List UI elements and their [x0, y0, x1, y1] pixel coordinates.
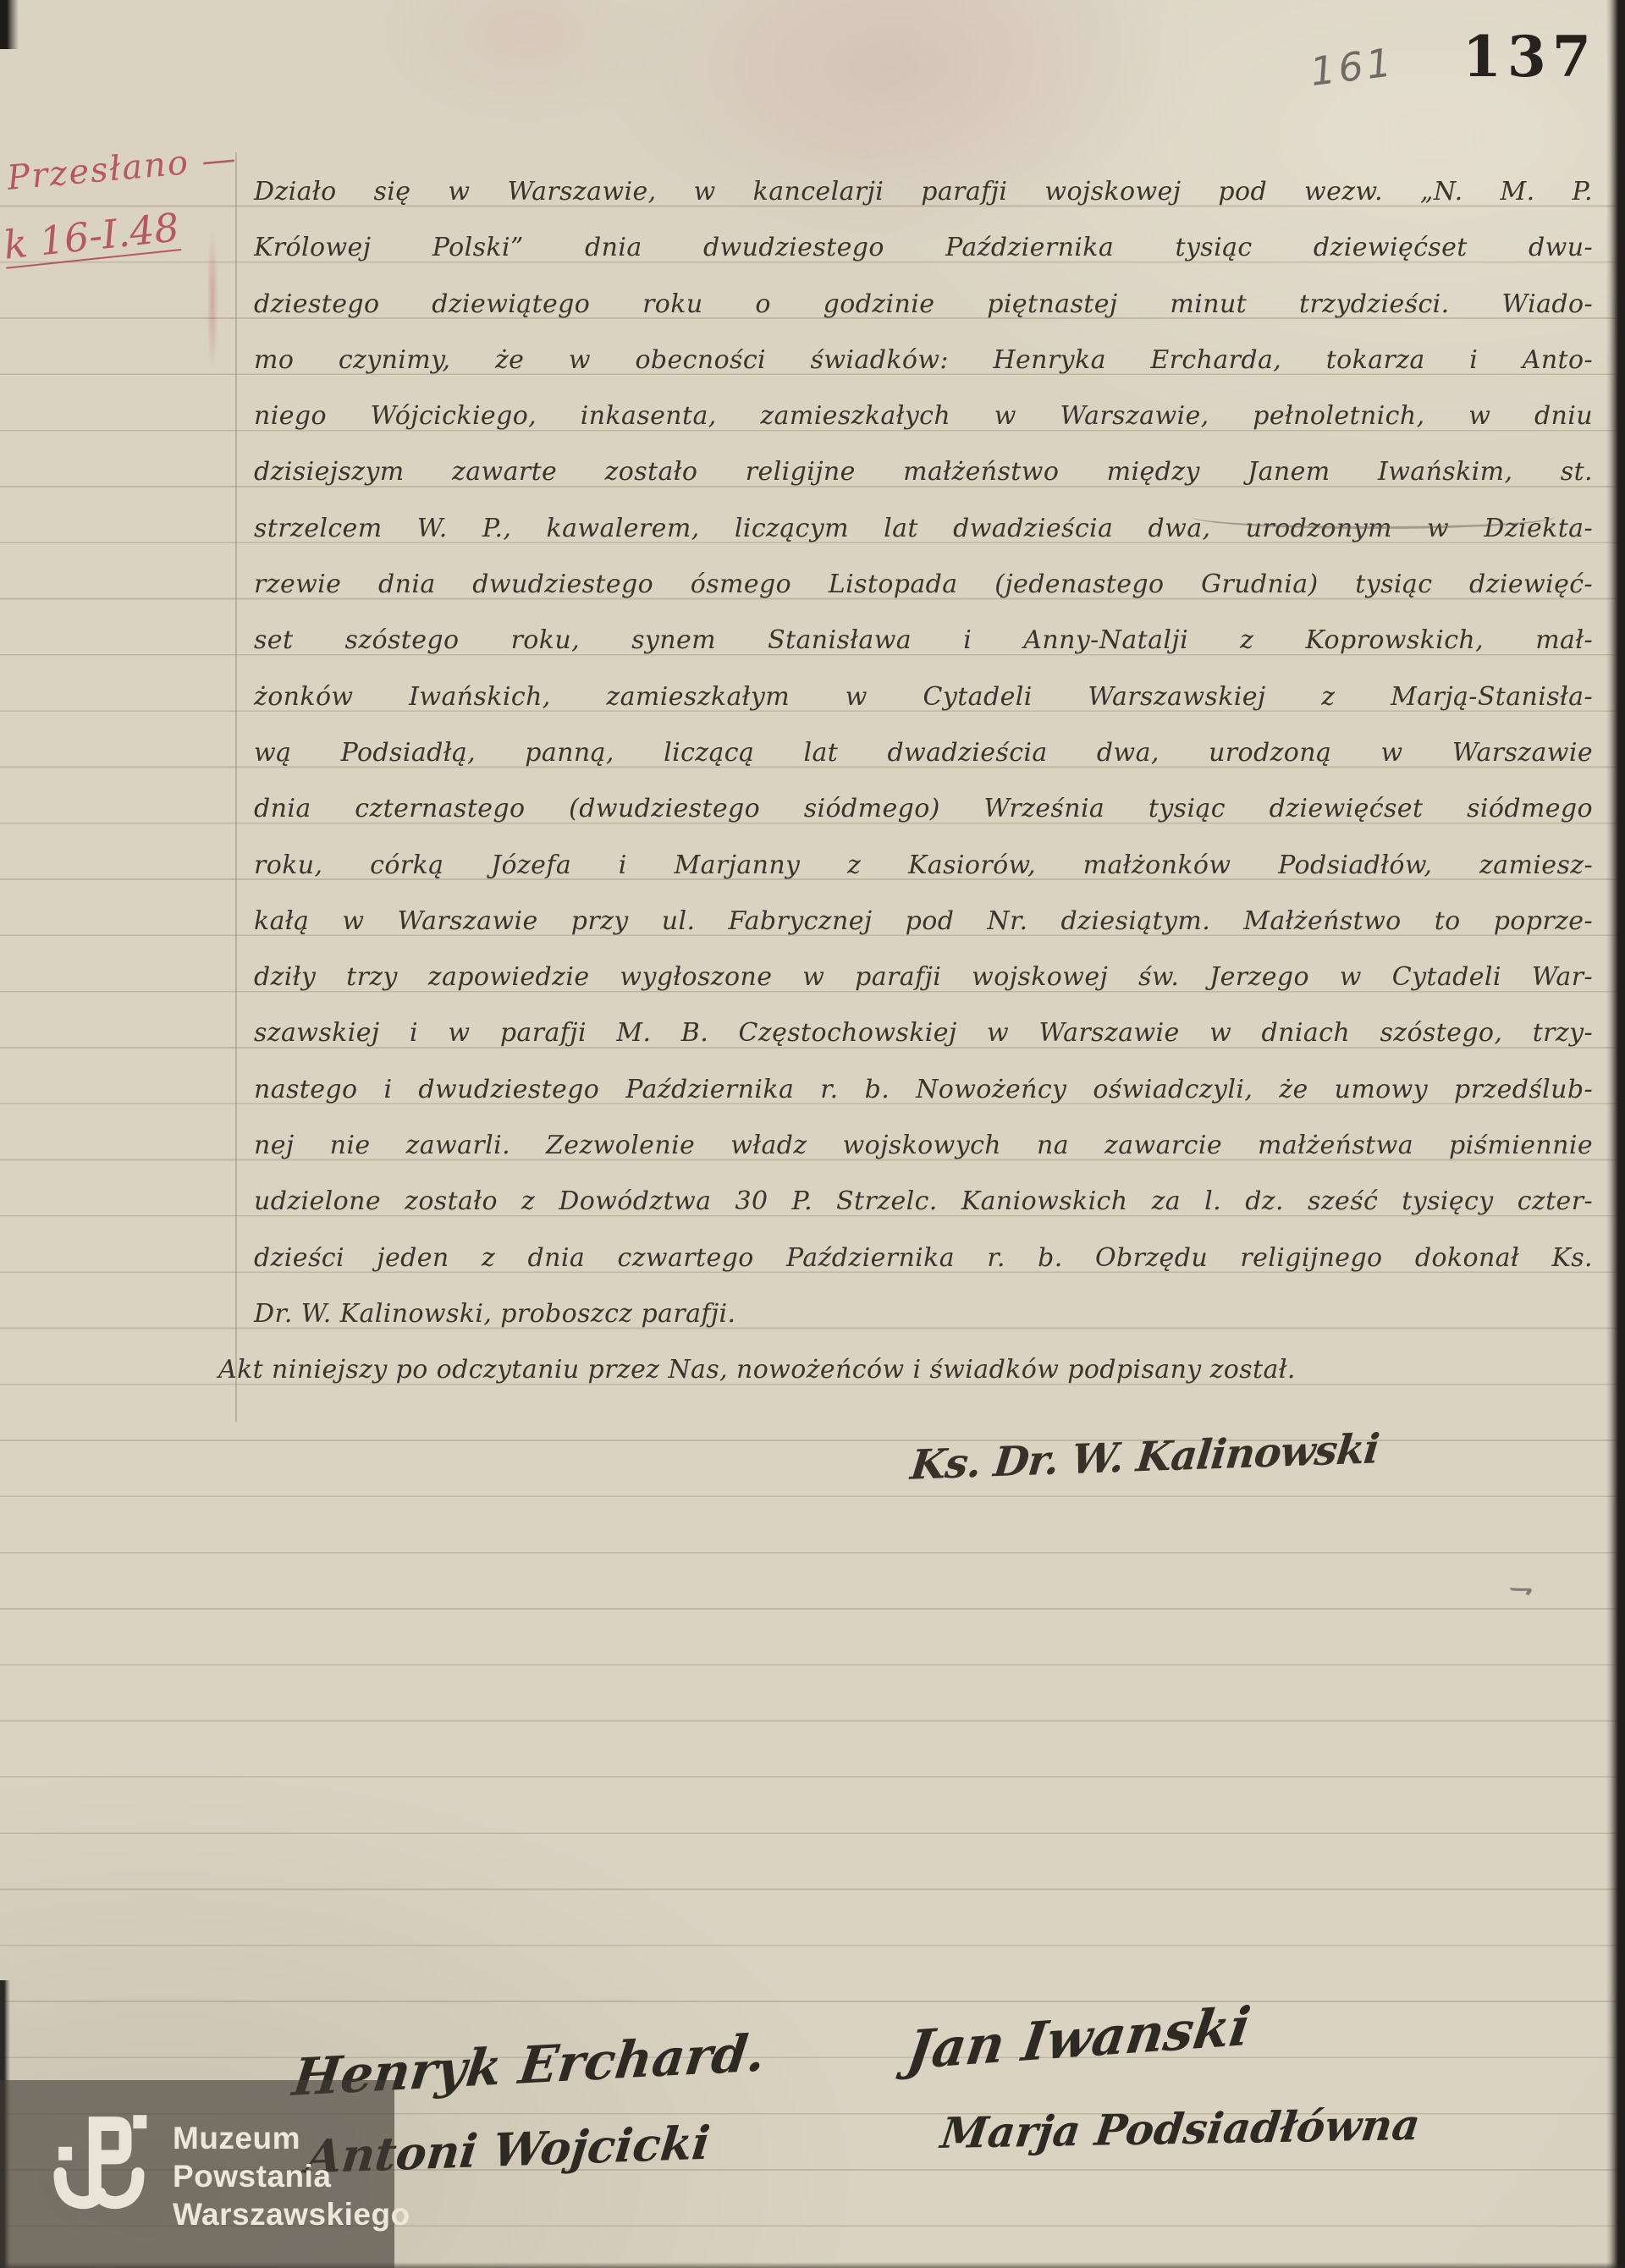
red-archivist-note-line1: Przesłano — — [6, 139, 240, 198]
watermark-line: Warszawskiego — [173, 2195, 410, 2233]
record-line: Dr. W. Kalinowski, proboszcz parafji. — [254, 1286, 1593, 1342]
red-archivist-note-line2: k 16-I.48 — [2, 204, 181, 267]
signature-bride-podsiadlowna: Marja Podsiadłówna — [938, 2100, 1423, 2158]
record-closing-line: Akt niniejszy po odczytaniu przez Nas, n… — [218, 1342, 1593, 1398]
record-line: niego Wójcickiego, inkasenta, zamieszkał… — [254, 388, 1593, 444]
signature-groom-iwanski: Jan Iwanski — [903, 1995, 1254, 2081]
record-line: żonków Iwańskich, zamieszkałym w Cytadel… — [254, 669, 1593, 725]
scanned-register-page: 161 137 Przesłano — k 16-I.48 Działo się… — [0, 0, 1625, 2268]
museum-watermark: Muzeum Powstania Warszawskiego — [0, 2080, 394, 2268]
record-line: rzewie dnia dwudziestego ósmego Listopad… — [254, 557, 1593, 613]
pencil-underline-groom-name — [1192, 504, 1556, 529]
scan-edge-top-left — [0, 0, 19, 49]
record-line: Działo się w Warszawie, w kancelarji par… — [254, 164, 1593, 220]
watermark-line: Muzeum — [173, 2119, 410, 2157]
record-line: kałą w Warszawie przy ul. Fabrycznej pod… — [254, 894, 1593, 950]
archival-pencil-number: 161 — [1308, 39, 1397, 95]
record-line: dnia czternastego (dwudziestego siódmego… — [254, 781, 1593, 837]
priest-signature: Ks. Dr. W. Kalinowski — [908, 1425, 1381, 1489]
record-line: szawskiej i w parafji M. B. Częstochowsk… — [254, 1005, 1593, 1061]
museum-watermark-text: Muzeum Powstania Warszawskiego — [173, 2119, 410, 2233]
margin-line — [235, 152, 237, 1422]
record-line: dziestego dziewiątego roku o godzinie pi… — [254, 277, 1593, 333]
record-line: set szóstego roku, synem Stanisława i An… — [254, 613, 1593, 669]
scan-edge-right — [1606, 0, 1625, 2268]
record-line: Królowej Polski” dnia dwudziestego Paźdz… — [254, 220, 1593, 276]
pencil-check-mark: ✓ — [1499, 1567, 1545, 1610]
record-line: nastego i dwudziestego Października r. b… — [254, 1062, 1593, 1118]
marriage-act-text: Działo się w Warszawie, w kancelarji par… — [254, 164, 1593, 1399]
record-line: wą Podsiadłą, panną, liczącą lat dwadzie… — [254, 725, 1593, 781]
printed-page-number: 137 — [1462, 24, 1597, 90]
kotwica-anchor-logo — [47, 2106, 151, 2234]
red-ink-smudge — [207, 228, 218, 372]
record-line: roku, córką Józefa i Marjanny z Kasiorów… — [254, 838, 1593, 894]
record-line: mo czynimy, że w obecności świadków: Hen… — [254, 333, 1593, 388]
record-line: dzisiejszym zawarte zostało religijne ma… — [254, 444, 1593, 500]
watermark-line: Powstania — [173, 2157, 410, 2195]
record-line: dziły trzy zapowiedzie wygłoszone w para… — [254, 950, 1593, 1005]
record-line: udzielone zostało z Dowództwa 30 P. Strz… — [254, 1174, 1593, 1230]
record-line: dzieści jeden z dnia czwartego Październ… — [254, 1230, 1593, 1286]
record-line: nej nie zawarli. Zezwolenie władz wojsko… — [254, 1118, 1593, 1174]
